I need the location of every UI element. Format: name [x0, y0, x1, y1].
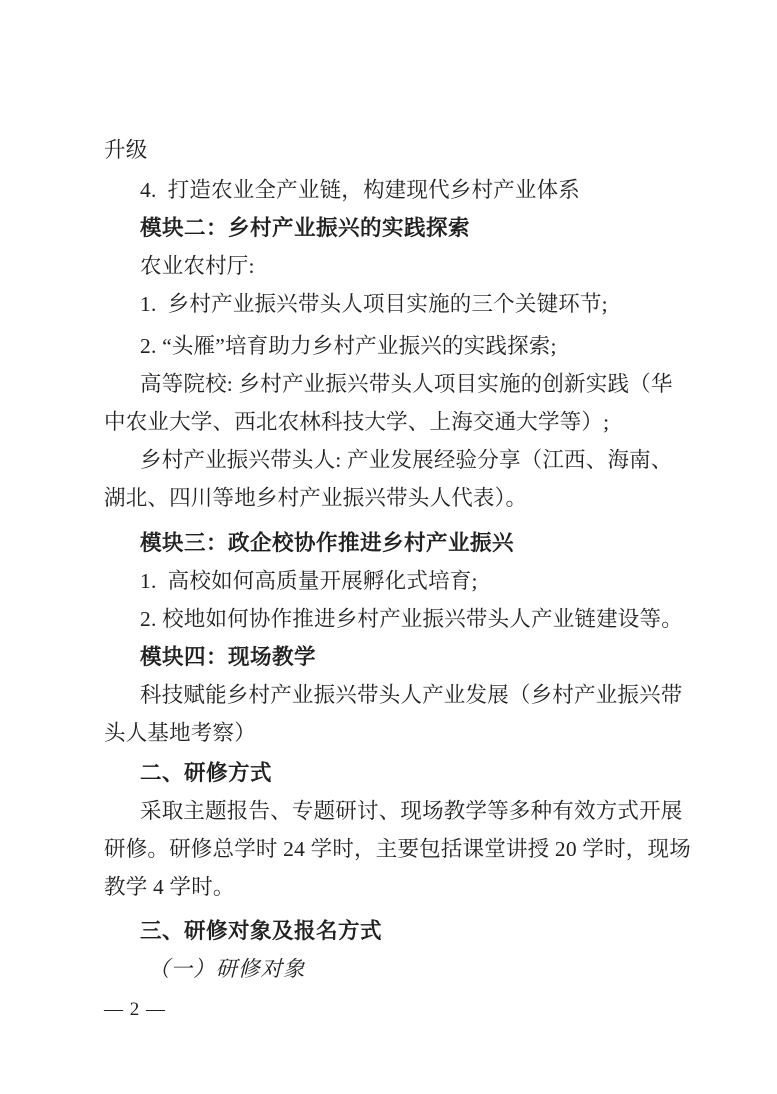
document-body: 升级 4. 打造农业全产业链，构建现代乡村产业体系 模块二：乡村产业振兴的实践探… [104, 0, 684, 988]
heading-module-3: 模块三：政企校协作推进乡村产业振兴 [104, 524, 684, 562]
paragraph-method-line3: 教学 4 学时。 [104, 868, 684, 906]
heading-module-4: 模块四：现场教学 [104, 638, 684, 676]
paragraph-method-line1: 采取主题报告、专题研讨、现场教学等多种有效方式开展 [104, 792, 684, 830]
paragraph-colleges-line1: 高等院校: 乡村产业振兴带头人项目实施的创新实践（华 [104, 365, 684, 403]
list-item-2-module3: 2. 校地如何协作推进乡村产业振兴带头人产业链建设等。 [104, 600, 684, 638]
paragraph-leaders-line2: 湖北、四川等地乡村产业振兴带头人代表）。 [104, 479, 684, 517]
paragraph-leaders-line1: 乡村产业振兴带头人: 产业发展经验分享（江西、海南、 [104, 441, 684, 479]
document-page: 升级 4. 打造农业全产业链，构建现代乡村产业体系 模块二：乡村产业振兴的实践探… [0, 0, 777, 1094]
paragraph-field-teaching-line2: 头人基地考察） [104, 714, 684, 752]
subheading-target-audience: （一）研修对象 [104, 950, 684, 988]
heading-section-3-audience: 三、研修对象及报名方式 [104, 912, 684, 950]
label-agriculture-rural-dept: 农业农村厅: [104, 247, 684, 285]
heading-module-2: 模块二：乡村产业振兴的实践探索 [104, 209, 684, 247]
heading-section-2-method: 二、研修方式 [104, 754, 684, 792]
list-item-1-module2: 1. 乡村产业振兴带头人项目实施的三个关键环节; [104, 285, 684, 323]
paragraph-method-line2: 研修。研修总学时 24 学时，主要包括课堂讲授 20 学时，现场 [104, 830, 684, 868]
list-item-4-industry-chain: 4. 打造农业全产业链，构建现代乡村产业体系 [104, 171, 684, 209]
list-item-1-module3: 1. 高校如何高质量开展孵化式培育; [104, 562, 684, 600]
paragraph-continuation-shengji: 升级 [104, 131, 684, 169]
page-number: — 2 — [104, 996, 166, 1024]
paragraph-field-teaching-line1: 科技赋能乡村产业振兴带头人产业发展（乡村产业振兴带 [104, 676, 684, 714]
paragraph-colleges-line2: 中农业大学、西北农林科技大学、上海交通大学等）; [104, 403, 684, 441]
list-item-2-module2: 2. “头雁”培育助力乡村产业振兴的实践探索; [104, 327, 684, 365]
